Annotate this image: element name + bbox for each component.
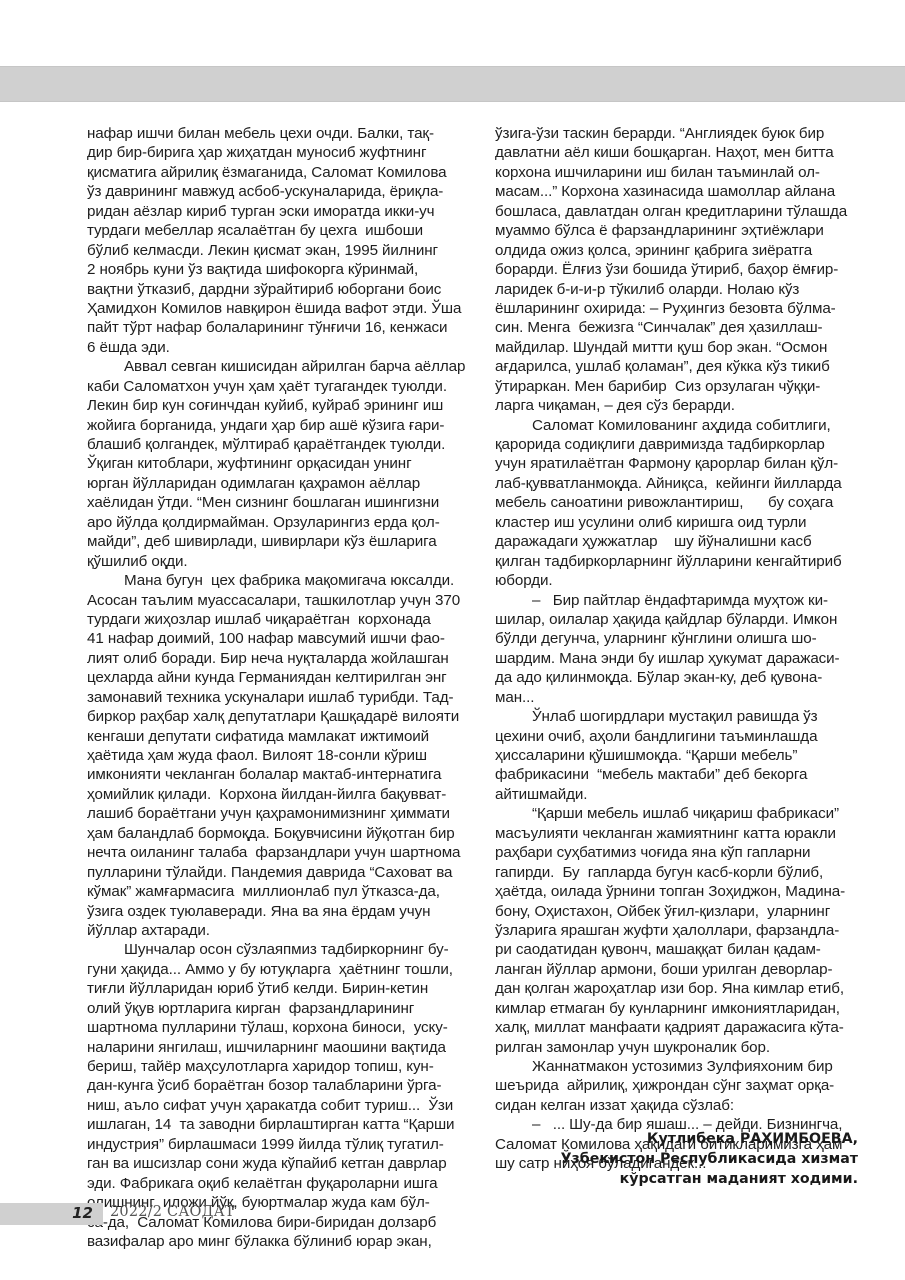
text-line: ёшларининг охирида: – Руҳингиз безовта б… (495, 299, 867, 318)
text-line: ҳаётида ҳам жуда фаол. Вилоят 18-сонли к… (87, 746, 475, 765)
text-line: қўшилиб оқди. (87, 552, 475, 571)
text-line: юрган йўлларидан одимлаган қаҳрамон аёлл… (87, 474, 475, 493)
text-line: нечта оиланинг талаба фарзандлари учун ш… (87, 843, 475, 862)
text-line: пайт тўрт нафар болаларининг тўнғичи 16,… (87, 318, 475, 337)
text-line: борарди. Ёлғиз ўзи бошида ўтириб, баҳор … (495, 260, 867, 279)
text-line: қилган тадбиркорларнинг йўлларини кенгай… (495, 552, 867, 571)
text-line: син. Менга бежизга “Синчалак” дея ҳазилл… (495, 318, 867, 337)
text-line: ларидек б-и-и-р тўкилиб оларди. Нолаю кў… (495, 280, 867, 299)
text-line: бону, Оҳистахон, Ойбек ўғил-қизлари, ула… (495, 902, 867, 921)
text-line: 41 нафар доимий, 100 нафар мавсумий ишчи… (87, 629, 475, 648)
text-line: шилар, оилалар ҳақида қайдлар бўларди. И… (495, 610, 867, 629)
text-line: рилган замонлар учун шукроналик бор. (495, 1038, 867, 1057)
text-line: кластер иш усулини олиб киришга оид турл… (495, 513, 867, 532)
text-line: вазифалар аро минг бўлакка бўлиниб юрар … (87, 1232, 475, 1251)
article-column-left: нафар ишчи билан мебель цехи очди. Балки… (87, 124, 475, 1251)
text-line: давлатни аёл киши бошқарган. Наҳот, мен … (495, 143, 867, 162)
text-line: да адо қилинмоқда. Бўлар экан-ку, деб қу… (495, 668, 867, 687)
text-line: эди. Фабрикага оқиб келаётган фуқароларн… (87, 1174, 475, 1193)
text-line: шардим. Мана энди бу ишлар ҳукумат дараж… (495, 649, 867, 668)
text-line: Ҳамидхон Комилов навқирон ёшида вафот эт… (87, 299, 475, 318)
text-line: нафар ишчи билан мебель цехи очди. Балки… (87, 124, 475, 143)
text-line: ман... (495, 688, 867, 707)
text-line: шеърида айрилиқ, ҳижрондан сўнг заҳмат о… (495, 1076, 867, 1095)
text-line: 2 ноябрь куни ўз вақтида шифокорга кўрин… (87, 260, 475, 279)
text-line: халқ, миллат манфаати қадрият даражасига… (495, 1018, 867, 1037)
text-line: кимлар етмаган бу кунларнинг имкониятлар… (495, 999, 867, 1018)
text-line: лият олиб боради. Бир неча нуқталарда жо… (87, 649, 475, 668)
text-line: ридан аёзлар кириб турган эски иморатда … (87, 202, 475, 221)
text-line: юборди. (495, 571, 867, 590)
text-line: дан қолган жароҳатлар изи бор. Яна кимла… (495, 979, 867, 998)
text-line: 6 ёшда эди. (87, 338, 475, 357)
text-line: лашиб бораётгани учун қаҳрамонимизнинг ҳ… (87, 804, 475, 823)
text-line: майдилар. Шундай митти қуш бор экан. “Ос… (495, 338, 867, 357)
text-line: ниш, аъло сифат учун ҳаракатда собит тур… (87, 1096, 475, 1115)
text-line: Жаннатмакон устозимиз Зулфияхоним бир (495, 1057, 867, 1076)
author-signature: Кутлибека РАҲИМБОЕВА, Ўзбекистон Республ… (561, 1129, 858, 1189)
text-line: цехларда айни кунда Германиядан келтирил… (87, 668, 475, 687)
author-name: Кутлибека РАҲИМБОЕВА, (561, 1129, 858, 1149)
text-line: Мана бугун цех фабрика мақомигача юксалд… (87, 571, 475, 590)
text-line: индустрия” бирлашмаси 1999 йилда тўлиқ т… (87, 1135, 475, 1154)
text-line: олдида ожиз қолса, эрининг қабрига зиёра… (495, 241, 867, 260)
text-line: бошласа, давлатдан олган кредитларини тў… (495, 202, 867, 221)
text-line: Шунчалар осон сўзлаяпмиз тадбиркорнинг б… (87, 940, 475, 959)
text-line: шартнома пулларини тўлаш, корхона биноси… (87, 1018, 475, 1037)
text-line: биркор раҳбар халқ депутатлари Қашқадарё… (87, 707, 475, 726)
text-line: цехини очиб, аҳоли бандлигини таъминлашд… (495, 727, 867, 746)
issue-label: 2022/2 САОДАТ (110, 1204, 235, 1220)
text-line: қарорида содиқлиги давримизда тадбиркорл… (495, 435, 867, 454)
text-line: ўзига-ўзи таскин берарди. “Англиядек бую… (495, 124, 867, 143)
text-line: майди”, деб шивирлади, шивирлари кўз ёшл… (87, 532, 475, 551)
text-line: масам...” Корхона хазинасида шамоллар ай… (495, 182, 867, 201)
page-number-box: 12 (0, 1203, 103, 1225)
text-line: айтишмайди. (495, 785, 867, 804)
text-line: ағдарилса, ушлаб қоламан”, дея кўкка кўз… (495, 357, 867, 376)
text-line: “Қарши мебель ишлаб чиқариш фабрикаси” (495, 804, 867, 823)
author-title-line-2: кўрсатган маданият ходими. (561, 1169, 858, 1189)
text-line: қисматига айрилиқ ёзмаганида, Саломат Ко… (87, 163, 475, 182)
page-number: 12 (72, 1204, 93, 1222)
text-line: лаб-қувватланмоқда. Айниқса, кейинги йил… (495, 474, 867, 493)
text-line: блашиб қолгандек, мўлтираб қараётгандек … (87, 435, 475, 454)
text-line: каби Саломатхон учун ҳам ҳаёт тугагандек… (87, 377, 475, 396)
text-line: даражадаги ҳужжатлар шу йўналишни касб (495, 532, 867, 551)
text-line: тиғли йўлларидан юриб ўтиб келди. Бирин-… (87, 979, 475, 998)
text-line: ишлаган, 14 та заводни бирлаштирган катт… (87, 1115, 475, 1134)
text-line: гуни ҳақида... Аммо у бу ютуқларга ҳаётн… (87, 960, 475, 979)
text-line: ҳомийлик қилади. Корхона йилдан-йилга ба… (87, 785, 475, 804)
text-line: сидан келган иззат ҳақида сўзлаб: (495, 1096, 867, 1115)
text-line: фабрикасини “мебель мактаби” деб бекорга (495, 765, 867, 784)
text-line: Ўнлаб шогирдлари мустақил равишда ўз (495, 707, 867, 726)
text-line: ган ва ишсизлар сони жуда кўпайиб кетган… (87, 1154, 475, 1173)
author-title-line-1: Ўзбекистон Республикасида хизмат (561, 1149, 858, 1169)
text-line: наларини янгилаш, ишчиларнинг маошини ва… (87, 1038, 475, 1057)
text-line: ланган йўллар армони, боши урилган девор… (495, 960, 867, 979)
text-line: Асосан таълим муассасалари, ташкилотлар … (87, 591, 475, 610)
text-line: жойига борганида, ундаги ҳар бир ашё кўз… (87, 416, 475, 435)
text-line: корхона ишчиларини иш билан таъминлай ол… (495, 163, 867, 182)
text-line: ҳаётда, оилада ўрнини топган Зоҳиджон, М… (495, 882, 867, 901)
text-line: учун яратилаётган Фармону қарорлар билан… (495, 454, 867, 473)
article-column-right: ўзига-ўзи таскин берарди. “Англиядек бую… (495, 124, 867, 1174)
text-line: замонавий техника ускуналари ишлаб туриб… (87, 688, 475, 707)
text-line: Аввал севган кишисидан айрилган барча аё… (87, 357, 475, 376)
text-line: ҳиссаларини қўшишмоқда. “Қарши мебель” (495, 746, 867, 765)
text-line: ўтираркан. Мен барибир Сиз орзулаган чўқ… (495, 377, 867, 396)
text-line: муаммо бўлса ё фарзандларининг эҳтиёжлар… (495, 221, 867, 240)
text-line: кўмак” жамғармасига миллионлаб пул ўтказ… (87, 882, 475, 901)
text-line: гапирди. Бу гапларда бугун касб-корли бў… (495, 863, 867, 882)
text-line: имконияти чекланган болалар мактаб-интер… (87, 765, 475, 784)
text-line: бўлди дегунча, уларнинг кўнглини олишга … (495, 629, 867, 648)
text-line: йўллар ахтаради. (87, 921, 475, 940)
text-line: турдаги мебеллар ясалаётган бу цехга ишб… (87, 221, 475, 240)
text-line: дир бир-бирига ҳар жиҳатдан муносиб жуфт… (87, 143, 475, 162)
text-line: раҳбари суҳбатимиз чоғида яна кўп гаплар… (495, 843, 867, 862)
text-line: ларга чиқаман, – дея сўз берарди. (495, 396, 867, 415)
text-line: турдаги жиҳозлар ишлаб чиқараётган корхо… (87, 610, 475, 629)
text-line: бериш, тайёр маҳсулотларга харидор топиш… (87, 1057, 475, 1076)
text-line: Саломат Комилованинг аҳдида собитлиги, (495, 416, 867, 435)
text-line: ўзига оздек туюлаверади. Яна ва яна ёрда… (87, 902, 475, 921)
text-line: вақтни ўтказиб, дардни зўрайтириб юборга… (87, 280, 475, 299)
text-line: пулларини тўлайди. Пандемия даврида “Сах… (87, 863, 475, 882)
text-line: ри саодатидан қувонч, машаққат билан қад… (495, 940, 867, 959)
text-line: бўлиб келмасди. Лекин қисмат экан, 1995 … (87, 241, 475, 260)
text-line: кенгаши депутати сифатида мамлакат ижтим… (87, 727, 475, 746)
text-line: масъулияти чекланган жамиятнинг катта юр… (495, 824, 867, 843)
text-line: олий ўқув юртларига кирган фарзандларини… (87, 999, 475, 1018)
text-line: ҳам баландлаб бормоқда. Боқувчисини йўқо… (87, 824, 475, 843)
text-line: Лекин бир кун соғинчдан куйиб, куйраб эр… (87, 396, 475, 415)
text-line: – Бир пайтлар ёндафтаримда муҳтож ки- (495, 591, 867, 610)
header-bar (0, 66, 905, 102)
text-line: мебель саноатини ривожлантириш, бу соҳаг… (495, 493, 867, 512)
text-line: Ўқиган китоблари, жуфтининг орқасидан ун… (87, 454, 475, 473)
text-line: ўз даврининг мавжуд асбоб-ускуналарида, … (87, 182, 475, 201)
text-line: ўзларига ярашган жуфти ҳалоллари, фарзан… (495, 921, 867, 940)
text-line: аро йўлда қолдирмайман. Орзуларингиз ерд… (87, 513, 475, 532)
text-line: хаёлидан ўтди. “Мен сизнинг бошлаган иши… (87, 493, 475, 512)
text-line: дан-кунга ўсиб бораётган бозор талаблари… (87, 1076, 475, 1095)
